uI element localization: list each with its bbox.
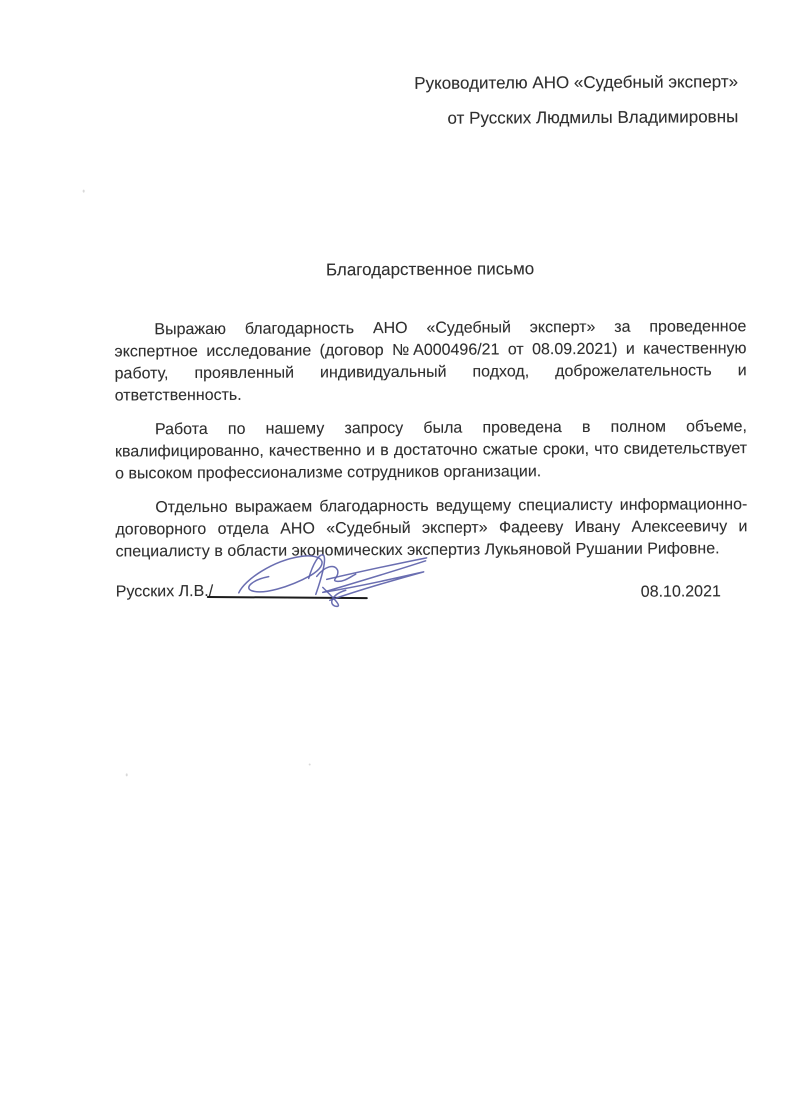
recipient-line: Руководителю АНО «Судебный эксперт» xyxy=(414,64,738,101)
letter-body: Выражаю благодарность АНО «Судебный эксп… xyxy=(114,316,747,575)
scan-artifact-dot xyxy=(83,190,85,193)
signatory-name: Русских Л.В./ xyxy=(116,583,213,602)
letter-title: Благодарственное письмо xyxy=(114,258,746,281)
letter-page: Руководителю АНО «Судебный эксперт» от Р… xyxy=(0,0,787,1112)
scan-artifact-dot xyxy=(126,773,128,776)
paragraph-work-quality: Работа по нашему запросу была проведена … xyxy=(115,416,747,485)
paragraph-gratitude: Выражаю благодарность АНО «Судебный эксп… xyxy=(114,316,746,407)
scan-content: Руководителю АНО «Судебный эксперт» от Р… xyxy=(0,0,787,1112)
signature-stroke xyxy=(323,561,426,601)
paragraph-special-thanks: Отдельно выражаем благодарность ведущему… xyxy=(115,494,747,563)
handwritten-signature xyxy=(229,549,429,610)
sender-line: от Русских Людмилы Владимировны xyxy=(414,99,738,136)
letter-header: Руководителю АНО «Судебный эксперт» от Р… xyxy=(414,64,738,136)
scan-artifact-dot xyxy=(309,763,311,765)
letter-date: 08.10.2021 xyxy=(641,583,721,601)
